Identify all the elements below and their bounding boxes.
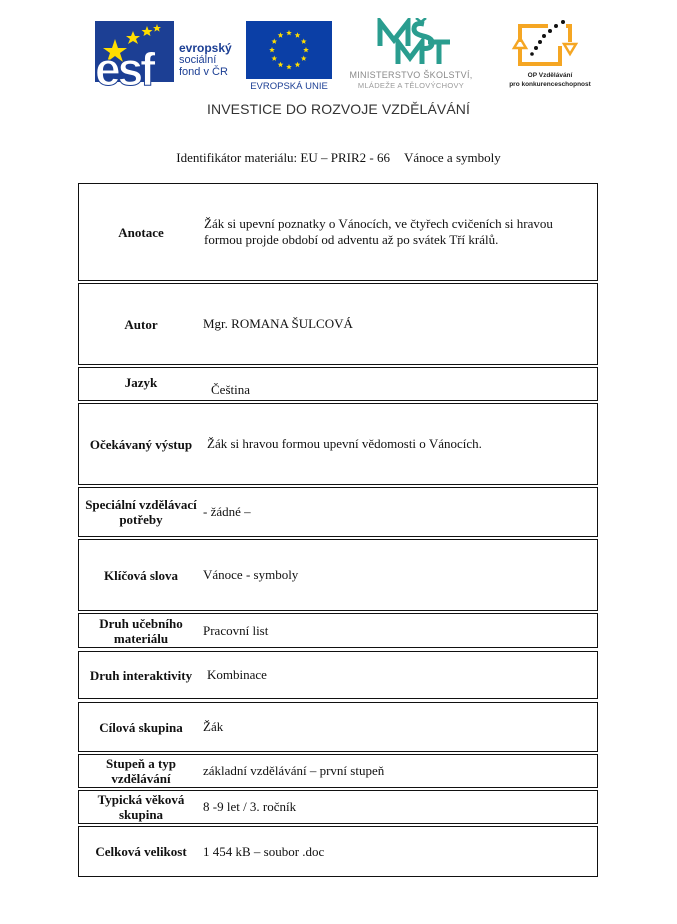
row-label: Autor: [79, 317, 203, 332]
row-value: Kombinace: [203, 667, 597, 683]
msmt-logo: MINISTERSTVO ŠKOLSTVÍ, MLÁDEŽE A TĚLOVÝC…: [336, 18, 486, 93]
row-value: Žák si hravou formou upevní vědomosti o …: [203, 436, 597, 452]
eu-flag-icon: [246, 21, 332, 79]
row-label: Speciální vzdělávací potřeby: [79, 497, 203, 527]
table-row-druh-materialu: Druh učebního materiáluPracovní list: [78, 613, 598, 648]
table-row-ocekavany-vystup: Očekávaný výstupŽák si hravou formou upe…: [78, 403, 598, 485]
table-row-druh-interaktivity: Druh interaktivityKombinace: [78, 651, 598, 699]
msmt-mark-icon: [374, 18, 454, 66]
table-row-stupen-typ: Stupeň a typ vzdělávánízákladní vzdělává…: [78, 754, 598, 788]
row-value: základní vzdělávání – první stupeň: [203, 763, 597, 779]
table-row-klicova-slova: Klíčová slovaVánoce - symboly: [78, 539, 598, 611]
row-label: Cílová skupina: [79, 720, 203, 735]
op-mark-icon: [510, 18, 580, 68]
row-value: 1 454 kB – soubor .doc: [203, 844, 597, 860]
esf-logo: esf evropský sociální fond v ČR: [95, 21, 255, 91]
row-value: - žádné –: [203, 504, 597, 520]
row-label: Druh interaktivity: [79, 668, 203, 683]
row-label: Stupeň a typ vzdělávání: [79, 756, 203, 786]
row-value: Pracovní list: [203, 623, 597, 639]
identifier-code: Identifikátor materiálu: EU – PRIR2 - 66: [176, 150, 390, 165]
table-row-autor: AutorMgr. ROMANA ŠULCOVÁ: [78, 283, 598, 365]
table-row-jazyk: JazykČeština: [78, 367, 598, 401]
row-value: Žák si upevní poznatky o Vánocích, ve čt…: [203, 216, 597, 248]
row-label: Klíčová slova: [79, 568, 203, 583]
eu-label: EVROPSKÁ UNIE: [246, 81, 332, 92]
esf-letters: esf: [95, 49, 152, 89]
material-title: Vánoce a symboly: [404, 150, 501, 165]
table-row-specialni-potreby: Speciální vzdělávací potřeby- žádné –: [78, 487, 598, 537]
op-logo: OP Vzdělávání pro konkurenceschopnost: [500, 18, 600, 93]
row-value: 8 -9 let / 3. ročník: [203, 799, 597, 815]
row-label: Jazyk: [79, 375, 203, 394]
row-label: Druh učebního materiálu: [79, 616, 203, 646]
eu-logo: EVROPSKÁ UNIE: [246, 21, 332, 91]
esf-text: evropský sociální fond v ČR: [179, 42, 232, 78]
row-value: Žák: [203, 719, 597, 735]
table-row-anotace: Anotace Žák si upevní poznatky o Vánocíc…: [78, 183, 598, 281]
table-row-celkova-velikost: Celková velikost1 454 kB – soubor .doc: [78, 826, 598, 877]
row-label: Anotace: [79, 225, 203, 240]
row-label: Celková velikost: [79, 844, 203, 859]
material-identifier: Identifikátor materiálu: EU – PRIR2 - 66…: [0, 150, 677, 166]
table-row-cilova-skupina: Cílová skupinaŽák: [78, 702, 598, 752]
tagline: INVESTICE DO ROZVOJE VZDĚLÁVÁNÍ: [0, 101, 677, 117]
row-value: Mgr. ROMANA ŠULCOVÁ: [203, 316, 597, 332]
row-label: Typická věková skupina: [79, 792, 203, 822]
logo-bar: esf evropský sociální fond v ČR EVROPSKÁ…: [0, 0, 677, 100]
row-label: Očekávaný výstup: [79, 437, 203, 452]
table-row-vekova-skupina: Typická věková skupina8 -9 let / 3. ročn…: [78, 790, 598, 824]
row-value: Vánoce - symboly: [203, 567, 597, 583]
row-value: Čeština: [203, 370, 597, 398]
